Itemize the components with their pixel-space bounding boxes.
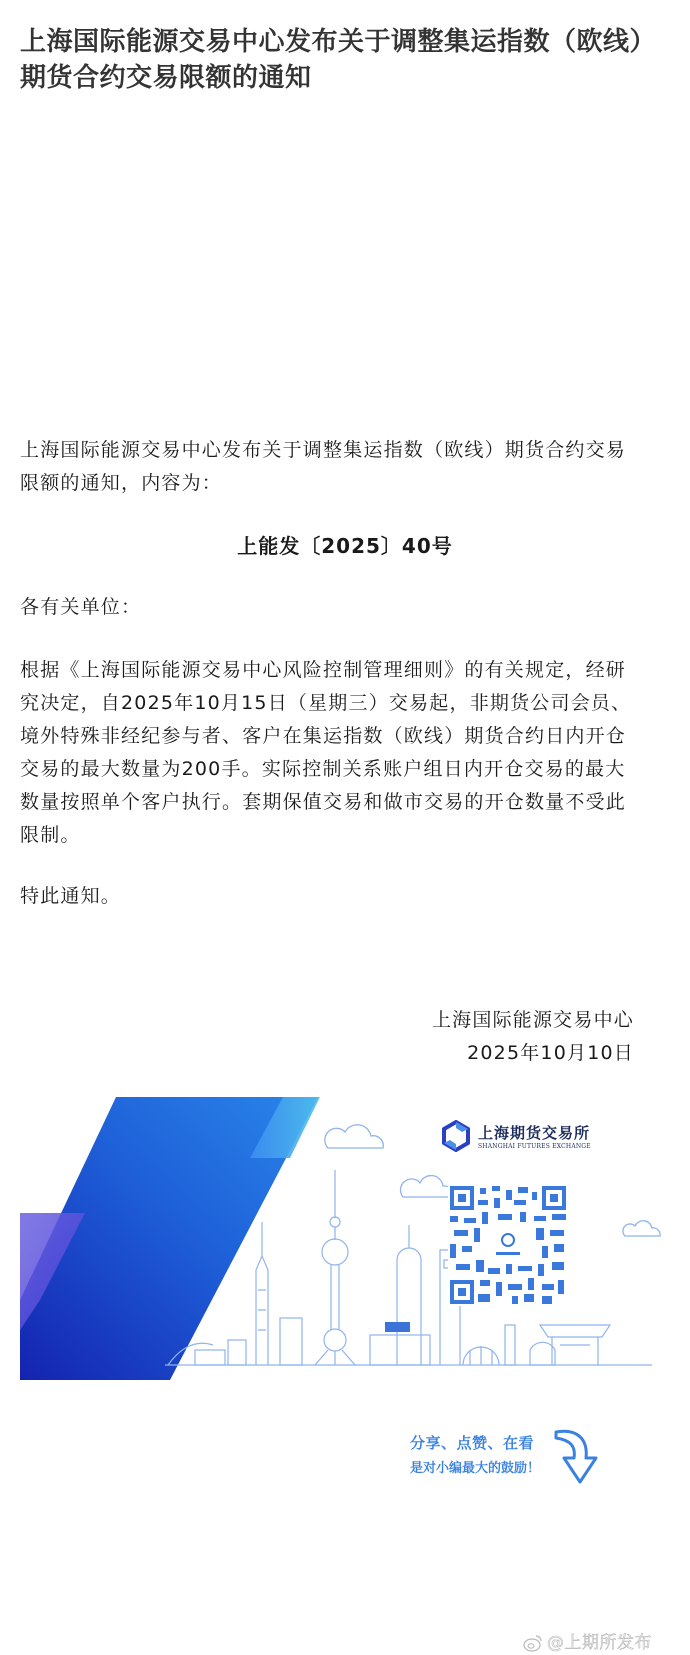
weibo-watermark: @上期所发布 [523, 1628, 652, 1653]
share-line-1: 分享、点赞、在看 [410, 1432, 540, 1453]
weibo-icon [523, 1634, 543, 1652]
qr-code-icon [448, 1184, 568, 1306]
curved-down-arrow-icon [552, 1428, 608, 1486]
salutation: 各有关单位： [20, 591, 635, 624]
document-number: 上能发〔2025〕40号 [0, 530, 690, 559]
shfe-logo-icon [440, 1120, 472, 1152]
shfe-logo: 上海期货交易所 SHANGHAI FUTURES EXCHANGE [440, 1120, 590, 1154]
share-line-2: 是对小编最大的鼓励！ [410, 1457, 540, 1476]
intro-text: 上海国际能源交易中心发布关于调整集运指数（欧线）期货合约交易限额的通知，内容为： [20, 434, 635, 500]
watermark-text: @上期所发布 [547, 1633, 652, 1653]
logo-chinese-name: 上海期货交易所 [478, 1122, 590, 1143]
body-paragraph: 根据《上海国际能源交易中心风险控制管理细则》的有关规定，经研究决定，自2025年… [20, 654, 635, 852]
article-title: 上海国际能源交易中心发布关于调整集运指数（欧线）期货合约交易限额的通知 [20, 24, 650, 96]
signature-organization: 上海国际能源交易中心 [432, 1004, 634, 1037]
logo-english-name: SHANGHAI FUTURES EXCHANGE [478, 1143, 591, 1150]
share-call-to-action: 分享、点赞、在看 是对小编最大的鼓励！ [410, 1432, 540, 1476]
closing-text: 特此通知。 [20, 880, 635, 913]
signature-date: 2025年10月10日 [467, 1037, 634, 1070]
